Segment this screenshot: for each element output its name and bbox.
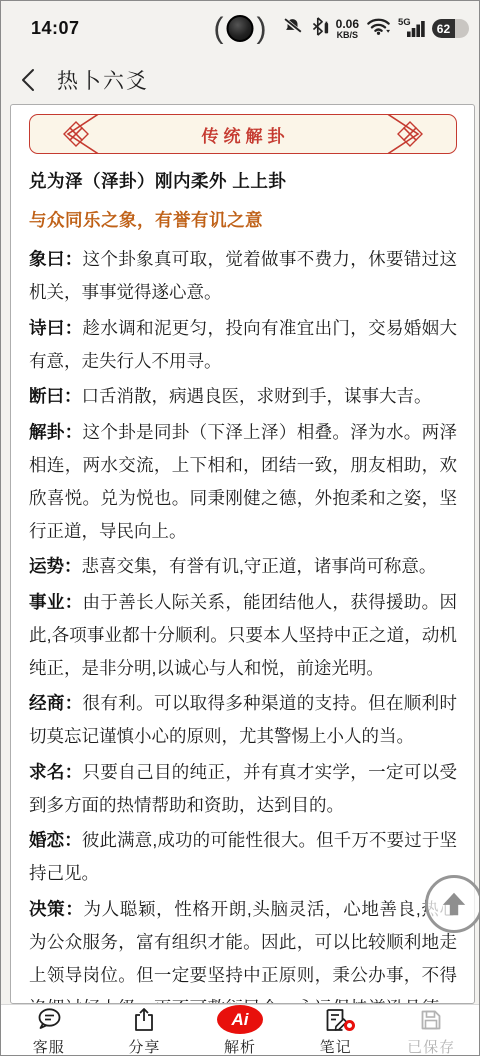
paragraph-qiuming: 求名：只要自己目的纯正，并有真才实学，一定可以受到多方面的热情帮助和资助，达到目… <box>29 756 457 822</box>
paragraph-label: 婚恋： <box>29 830 82 850</box>
paragraph-jingshang: 经商：很有利。可以取得多种渠道的支持。但在顺利时切莫忘记谨慎小心的原则，尤其警惕… <box>29 687 457 753</box>
paragraph-text: 口舌消散，病遇良医，求财到手，谋事大吉。 <box>82 386 432 406</box>
paragraph-label: 解卦： <box>29 422 83 442</box>
notifications-muted-icon <box>282 16 303 42</box>
paragraph-text: 趁水调和泥更匀，投向有准宜出门，交易婚姻大有意，走失行人不用寻。 <box>29 318 457 371</box>
chat-icon <box>35 1005 63 1034</box>
paragraph-text: 悲喜交集，有誉有讥,守正道，诸事尚可称意。 <box>82 556 437 576</box>
bottom-toolbar: 客服 分享 Ai 解析 笔记 <box>1 1004 479 1056</box>
paragraph-label: 诗曰： <box>29 318 83 338</box>
camera-punch-hole <box>227 15 254 42</box>
paragraph-yunshi: 运势：悲喜交集，有誉有讥,守正道，诸事尚可称意。 <box>29 550 457 583</box>
toolbar-label: 分享 <box>128 1036 160 1056</box>
toolbar-item-analysis[interactable]: Ai 解析 <box>192 1005 288 1056</box>
hexagram-summary: 与众同乐之象，有誉有讥之意 <box>29 207 457 232</box>
paragraph-shiyue: 诗曰：趁水调和泥更匀，投向有准宜出门，交易婚姻大有意，走失行人不用寻。 <box>29 312 457 378</box>
ai-icon: Ai <box>217 1005 263 1034</box>
toolbar-label: 笔记 <box>320 1036 352 1056</box>
network-speed: 0.06 KB/S <box>336 18 359 40</box>
toolbar-item-saved[interactable]: 已保存 <box>383 1005 479 1056</box>
note-icon <box>323 1005 349 1034</box>
privacy-indicator-left: ( <box>214 14 224 44</box>
wifi-icon <box>366 16 391 41</box>
paragraph-label: 象曰： <box>29 249 83 269</box>
page-title: 热卜六爻 <box>57 65 149 95</box>
paragraph-label: 断曰： <box>29 386 82 406</box>
status-bar: 14:07 ( ) 0.06 KB/S <box>1 1 479 56</box>
paragraph-hunlian: 婚恋：彼此满意,成功的可能性很大。但千万不要过于坚持己见。 <box>29 824 457 890</box>
paragraph-label: 决策： <box>29 899 83 919</box>
battery-percent: 62 <box>437 22 450 36</box>
paragraph-xiangyue: 象曰：这个卦象真可取，觉着做事不费力，休要错过这机关，事事觉得遂心意。 <box>29 243 457 309</box>
paragraph-text: 彼此满意,成功的可能性很大。但千万不要过于坚持己见。 <box>29 830 457 883</box>
section-title: 传统解卦 <box>197 122 290 147</box>
paragraph-text: 这个卦象真可取，觉着做事不费力，休要错过这机关，事事觉得遂心意。 <box>29 249 457 302</box>
privacy-indicator-right: ) <box>257 14 267 44</box>
battery-indicator: 62 <box>432 19 469 38</box>
hexagram-title: 兑为泽（泽卦）刚内柔外 上上卦 <box>29 168 457 193</box>
network-type-label: 5G <box>398 17 411 28</box>
status-icons: 0.06 KB/S 5G 62 <box>282 16 469 42</box>
paragraph-label: 运势： <box>29 556 82 576</box>
banner-ornament-right <box>380 114 430 154</box>
toolbar-label: 客服 <box>33 1036 65 1056</box>
interpretation-paragraphs: 象曰：这个卦象真可取，觉着做事不费力，休要错过这机关，事事觉得遂心意。 诗曰：趁… <box>29 243 457 1004</box>
scroll-to-top-button[interactable] <box>425 875 480 933</box>
interpretation-card[interactable]: 传统解卦 兑为泽（泽卦）刚内柔外 上上卦 与众同乐之象，有誉有讥之意 象曰：这个… <box>10 104 475 1004</box>
arrow-up-icon <box>440 890 468 918</box>
clock: 14:07 <box>31 18 80 39</box>
bluetooth-icon <box>310 16 329 42</box>
banner-ornament-left <box>56 114 106 154</box>
camera-cutout: ( ) <box>214 1 267 56</box>
nav-bar: 热卜六爻 <box>1 56 479 104</box>
share-icon <box>131 1005 157 1034</box>
paragraph-shiye: 事业：由于善长人际关系，能团结他人，获得援助。因此,各项事业都十分顺利。只要本人… <box>29 586 457 685</box>
paragraph-duanyue: 断曰：口舌消散，病遇良医，求财到手，谋事大吉。 <box>29 380 457 413</box>
note-badge <box>344 1020 355 1031</box>
section-banner: 传统解卦 <box>29 114 457 154</box>
paragraph-text: 为人聪颖，性格开朗,头脑灵活，心地善良,热心为公众服务，富有组织才能。因此，可以… <box>29 899 457 1005</box>
toolbar-label: 已保存 <box>407 1036 455 1056</box>
save-icon <box>418 1005 444 1034</box>
paragraph-text: 只要自己目的纯正，并有真才实学，一定可以受到多方面的热情帮助和资助，达到目的。 <box>29 762 457 815</box>
paragraph-label: 求名： <box>29 762 83 782</box>
cellular-signal-icon: 5G <box>398 16 425 42</box>
paragraph-text: 很有利。可以取得多种渠道的支持。但在顺利时切莫忘记谨慎小心的原则，尤其警惕上小人… <box>29 693 457 746</box>
paragraph-jiegua: 解卦：这个卦是同卦（下泽上泽）相叠。泽为水。两泽相连，两水交流，上下相和，团结一… <box>29 416 457 548</box>
paragraph-text: 这个卦是同卦（下泽上泽）相叠。泽为水。两泽相连，两水交流，上下相和，团结一致，朋… <box>29 422 457 541</box>
toolbar-item-notes[interactable]: 笔记 <box>288 1005 384 1056</box>
paragraph-label: 事业： <box>29 592 83 612</box>
chevron-left-icon <box>23 70 33 90</box>
paragraph-label: 经商： <box>29 693 83 713</box>
paragraph-juece: 决策：为人聪颖，性格开朗,头脑灵活，心地善良,热心为公众服务，富有组织才能。因此… <box>29 893 457 1005</box>
toolbar-item-share[interactable]: 分享 <box>97 1005 193 1056</box>
back-button[interactable] <box>17 67 41 93</box>
paragraph-text: 由于善长人际关系，能团结他人，获得援助。因此,各项事业都十分顺利。只要本人坚持中… <box>29 592 457 678</box>
toolbar-item-customer-service[interactable]: 客服 <box>1 1005 97 1056</box>
toolbar-label: 解析 <box>224 1036 256 1056</box>
